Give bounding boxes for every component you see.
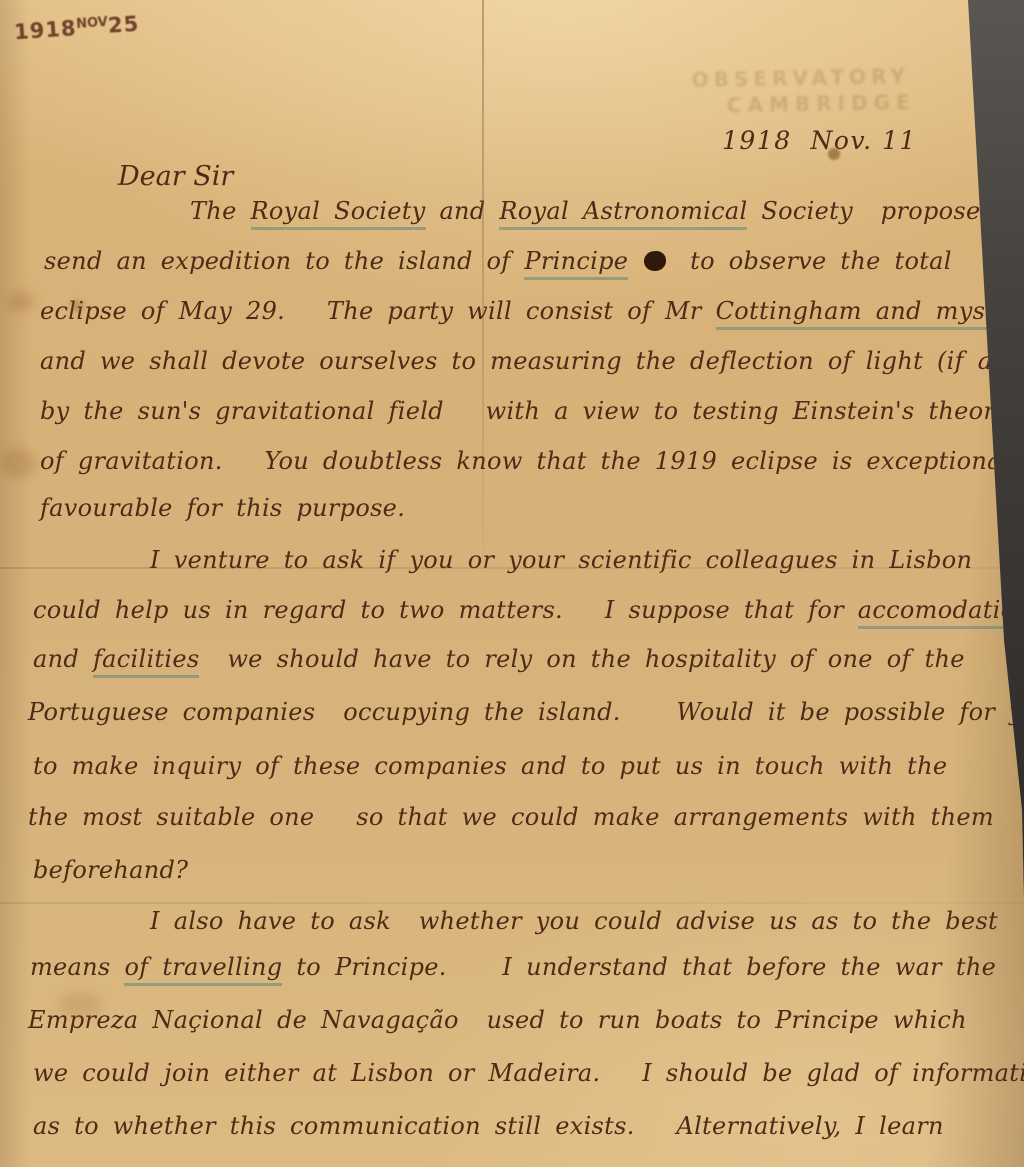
text-segment: the most suitable one so that we could m… bbox=[28, 803, 994, 831]
text-segment: we could join either at Lisbon or Madeir… bbox=[33, 1059, 1024, 1087]
letter-line: send an expedition to the island of Prin… bbox=[44, 247, 952, 275]
letter-date: 1918 Nov. 11 bbox=[722, 126, 917, 155]
letter-paper: 1918NOV25 OBSERVATORY CAMBRIDGE 1918 Nov… bbox=[0, 0, 1024, 1167]
letter-line: we could join either at Lisbon or Madeir… bbox=[33, 1059, 1024, 1087]
letter-line: means of travelling to Principe. I under… bbox=[30, 953, 996, 981]
paper-stain bbox=[828, 148, 840, 160]
text-segment: Empreza Naçional de Navagação used to ru… bbox=[28, 1006, 967, 1034]
letter-line: as to whether this communication still e… bbox=[33, 1112, 944, 1140]
letter-line: and we shall devote ourselves to measuri… bbox=[40, 347, 1024, 375]
stamp-year: 1918 bbox=[13, 16, 77, 44]
letter-line: favourable for this purpose. bbox=[40, 494, 405, 522]
text-segment: to observe the total bbox=[676, 247, 952, 275]
text-segment: by the sun's gravitational field with a … bbox=[40, 397, 1009, 425]
text-segment: beforehand? bbox=[33, 856, 188, 884]
text-segment: The bbox=[190, 197, 251, 225]
text-segment: of gravitation. You doubtless know that … bbox=[40, 447, 1024, 475]
salutation: Dear Sir bbox=[118, 161, 233, 192]
stamp-month: NOV bbox=[76, 15, 109, 32]
text-segment: of travelling bbox=[124, 953, 282, 986]
received-date-stamp: 1918NOV25 bbox=[13, 12, 140, 45]
text-segment: and we shall devote ourselves to measuri… bbox=[40, 347, 1024, 375]
stamp-day: 25 bbox=[107, 12, 140, 38]
text-segment: to make inquiry of these companies and t… bbox=[33, 752, 947, 780]
horizontal-fold-crease bbox=[0, 902, 1024, 904]
ink-blot bbox=[644, 251, 666, 271]
letter-line: of gravitation. You doubtless know that … bbox=[40, 447, 1024, 475]
text-segment: Royal Society bbox=[251, 197, 426, 230]
letter-line: eclipse of May 29. The party will consis… bbox=[40, 297, 1024, 325]
text-segment: we should have to rely on the hospitalit… bbox=[199, 645, 964, 673]
text-segment: Society propose to bbox=[747, 197, 1019, 225]
text-segment: favourable for this purpose. bbox=[40, 494, 405, 522]
letter-line: I venture to ask if you or your scientif… bbox=[150, 546, 972, 574]
text-segment: and bbox=[426, 197, 500, 225]
text-segment: as to whether this communication still e… bbox=[33, 1112, 944, 1140]
letter-line: by the sun's gravitational field with a … bbox=[40, 397, 1009, 425]
letter-line: could help us in regard to two matters. … bbox=[33, 596, 1024, 624]
letter-line: beforehand? bbox=[33, 856, 188, 884]
letter-line: Empreza Naçional de Navagação used to ru… bbox=[28, 1006, 967, 1034]
text-segment: to Principe. I understand that before th… bbox=[282, 953, 996, 981]
paper-stain bbox=[58, 992, 102, 1018]
text-segment: Principe bbox=[524, 247, 628, 280]
letter-line: I also have to ask whether you could adv… bbox=[150, 907, 998, 935]
embossed-letterhead-watermark: OBSERVATORY CAMBRIDGE bbox=[636, 63, 967, 119]
text-segment: I also have to ask whether you could adv… bbox=[150, 907, 998, 935]
paper-stain bbox=[6, 292, 34, 312]
letter-line: the most suitable one so that we could m… bbox=[28, 803, 994, 831]
text-segment: could help us in regard to two matters. … bbox=[33, 596, 858, 624]
text-segment: , bbox=[1016, 297, 1024, 325]
paper-stain bbox=[70, 300, 84, 312]
text-segment: Portuguese companies occupying the islan… bbox=[28, 698, 1024, 726]
text-segment: eclipse of May 29. The party will consis… bbox=[40, 297, 716, 325]
watermark-line2: CAMBRIDGE bbox=[676, 89, 966, 118]
paper-stain bbox=[0, 448, 36, 478]
horizontal-fold-crease bbox=[0, 567, 1024, 569]
text-segment: send an expedition to the island of bbox=[44, 247, 524, 275]
text-segment: Royal Astronomical bbox=[499, 197, 747, 230]
letter-line: The Royal Society and Royal Astronomical… bbox=[190, 197, 1019, 225]
vertical-fold-crease bbox=[482, 0, 484, 585]
letter-line: to make inquiry of these companies and t… bbox=[33, 752, 947, 780]
text-segment: accomodation bbox=[858, 596, 1024, 629]
letter-line: Portuguese companies occupying the islan… bbox=[28, 698, 1024, 726]
text-segment: Cottingham and myself bbox=[716, 297, 1016, 330]
letter-line: and facilities we should have to rely on… bbox=[33, 645, 965, 673]
text-segment: facilities bbox=[93, 645, 200, 678]
text-segment: and bbox=[33, 645, 93, 673]
watermark-line1: OBSERVATORY bbox=[636, 63, 966, 93]
text-segment: means bbox=[30, 953, 124, 981]
photo-of-letter: { "document": { "kind": "handwritten let… bbox=[0, 0, 1024, 1167]
text-segment: I venture to ask if you or your scientif… bbox=[150, 546, 972, 574]
